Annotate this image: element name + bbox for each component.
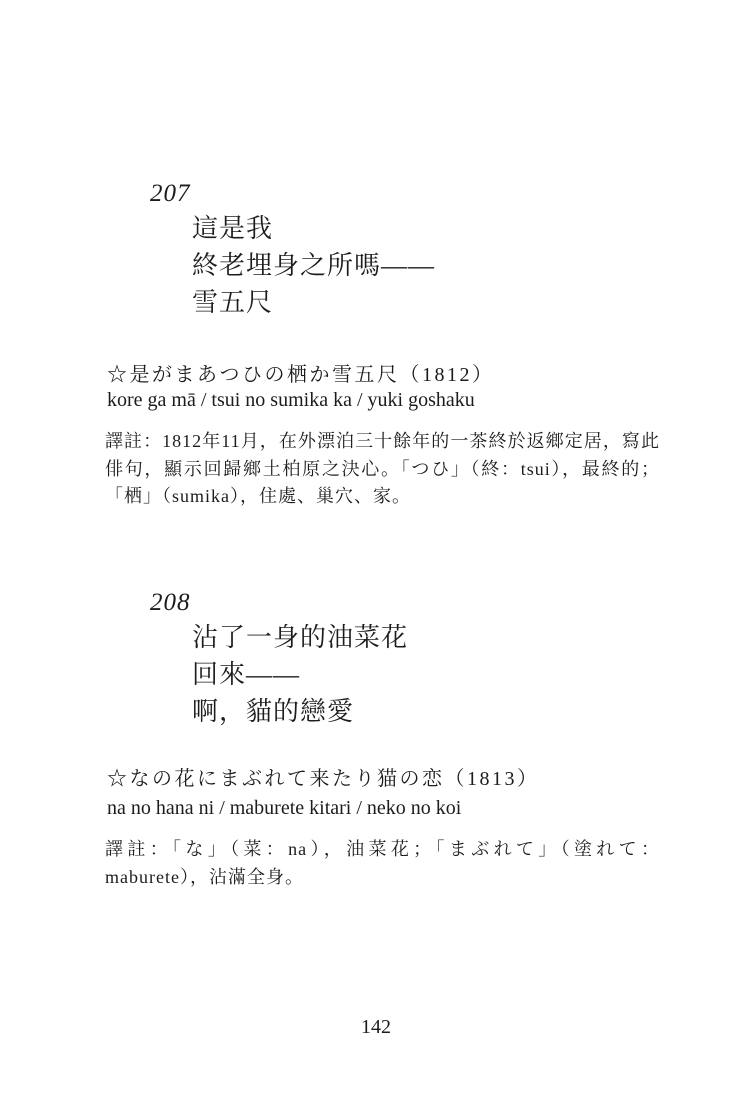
poem-line: 沾了一身的油菜花 [192, 619, 408, 656]
page-number: 142 [0, 1016, 752, 1039]
poem-line: 回來—— [192, 656, 408, 693]
entry-207-number: 207 [150, 180, 191, 208]
poem-line: 終老埋身之所嗎—— [192, 247, 435, 284]
entry-208-haiku-original: ☆なの花にまぶれて来たり猫の恋（1813） [107, 762, 540, 791]
book-page: 207 這是我 終老埋身之所嗎—— 雪五尺 ☆是がまあつひの栖か雪五尺（1812… [0, 0, 752, 1100]
entry-208-translator-note: 譯註：「な」（菜：na），油菜花；「まぶれて」（塗れて：maburete），沾滿… [105, 836, 660, 891]
poem-line: 這是我 [192, 210, 435, 247]
entry-208-poem: 沾了一身的油菜花 回來—— 啊，貓的戀愛 [192, 619, 408, 730]
entry-208-number: 208 [150, 589, 191, 617]
entry-207-romaji: kore ga mā / tsui no sumika ka / yuki go… [107, 389, 475, 412]
entry-207-poem: 這是我 終老埋身之所嗎—— 雪五尺 [192, 210, 435, 321]
entry-208-romaji: na no hana ni / maburete kitari / neko n… [107, 797, 461, 820]
poem-line: 啊，貓的戀愛 [192, 693, 408, 730]
entry-207-translator-note: 譯註：1812年11月，在外漂泊三十餘年的一茶終於返鄉定居，寫此俳句，顯示回歸鄉… [105, 428, 660, 511]
poem-line: 雪五尺 [192, 284, 435, 321]
entry-207-haiku-original: ☆是がまあつひの栖か雪五尺（1812） [107, 358, 495, 387]
